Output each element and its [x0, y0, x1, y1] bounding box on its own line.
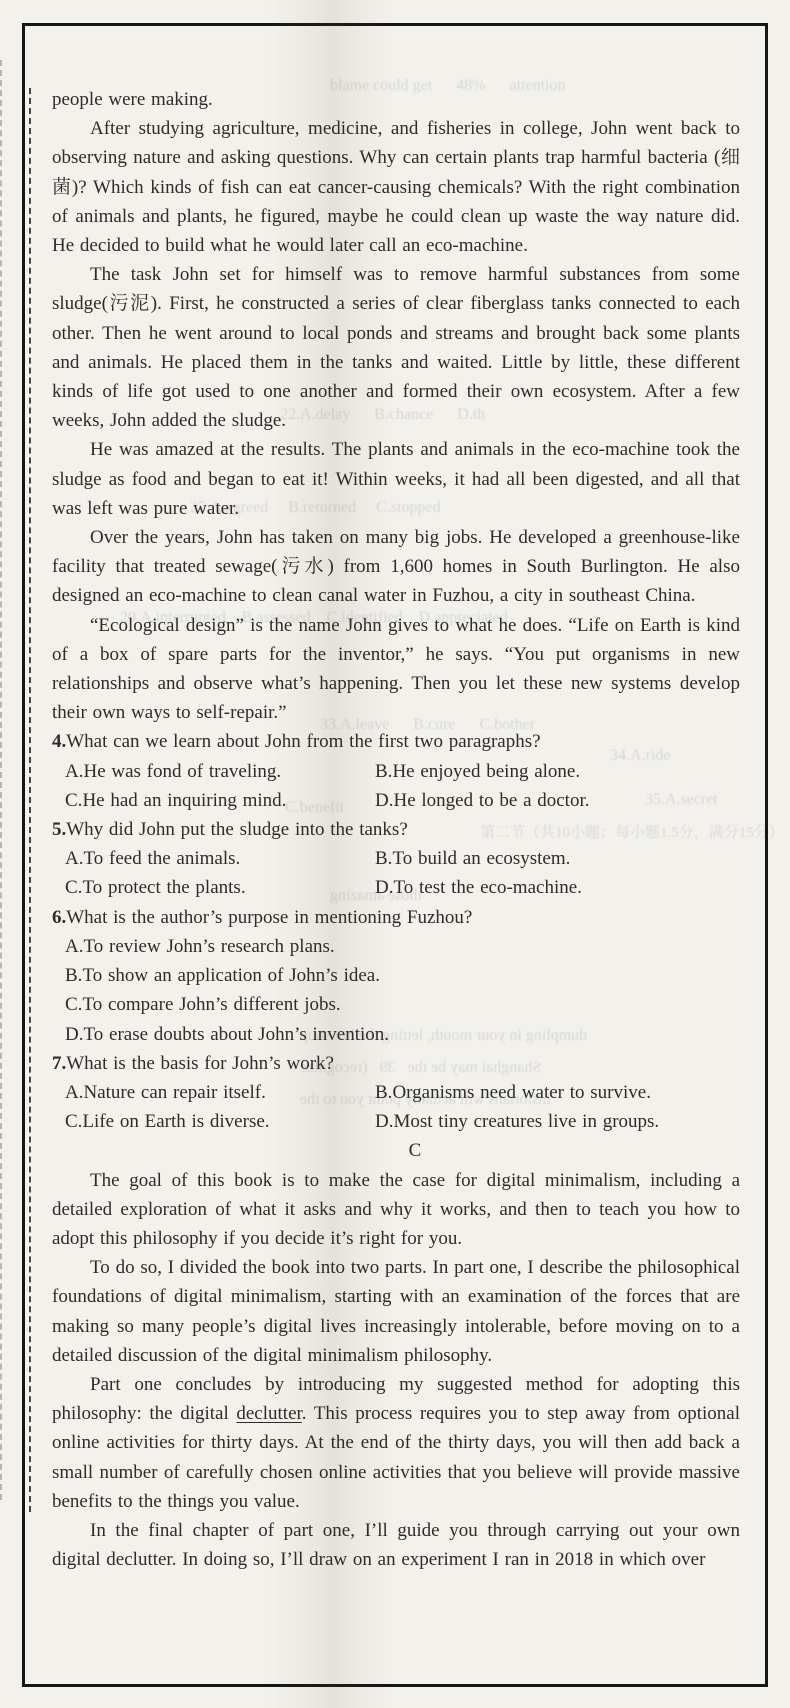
question-7: 7.What is the basis for John’s work?: [52, 1049, 740, 1078]
option-a: A.He was fond of traveling.: [65, 757, 375, 786]
section-c-paragraph: The goal of this book is to make the cas…: [52, 1166, 740, 1254]
option-c: C.To compare John’s different jobs.: [52, 990, 740, 1019]
passage-partial-line: people were making.: [52, 85, 740, 114]
question-5: 5.Why did John put the sludge into the t…: [52, 815, 740, 844]
section-c-paragraph: In the final chapter of part one, I’ll g…: [52, 1516, 740, 1574]
question-7-options-row: A.Nature can repair itself. B.Organisms …: [52, 1078, 740, 1107]
option-b: B.To show an application of John’s idea.: [52, 961, 740, 990]
option-d: D.To test the eco-machine.: [375, 873, 740, 902]
passage-paragraph: After studying agriculture, medicine, an…: [52, 114, 740, 260]
scanned-exam-page: blame could get 48% attention 22.A.delay…: [0, 0, 790, 1708]
page-content: people were making. After studying agric…: [52, 85, 740, 1574]
option-b: B.Organisms need water to survive.: [375, 1078, 740, 1107]
option-b: B.He enjoyed being alone.: [375, 757, 740, 786]
passage-paragraph: Over the years, John has taken on many b…: [52, 523, 740, 611]
option-a: A.To review John’s research plans.: [52, 932, 740, 961]
question-4-options-row: C.He had an inquiring mind. D.He longed …: [52, 786, 740, 815]
option-d: D.To erase doubts about John’s invention…: [52, 1020, 740, 1049]
question-text: What can we learn about John from the fi…: [66, 731, 540, 752]
option-a: A.Nature can repair itself.: [65, 1078, 375, 1107]
section-c-paragraph: Part one concludes by introducing my sug…: [52, 1370, 740, 1516]
section-c-paragraph: To do so, I divided the book into two pa…: [52, 1253, 740, 1370]
passage-paragraph: The task John set for himself was to rem…: [52, 260, 740, 435]
option-b: B.To build an ecosystem.: [375, 844, 740, 873]
question-7-options-row: C.Life on Earth is diverse. D.Most tiny …: [52, 1107, 740, 1136]
underlined-word-declutter: declutter: [236, 1403, 301, 1424]
option-c: C.He had an inquiring mind.: [65, 786, 375, 815]
question-number: 7.: [52, 1053, 66, 1074]
option-c: C.Life on Earth is diverse.: [65, 1107, 375, 1136]
binding-dashed-line: [29, 88, 31, 1512]
question-4-options-row: A.He was fond of traveling. B.He enjoyed…: [52, 757, 740, 786]
question-4: 4.What can we learn about John from the …: [52, 727, 740, 756]
question-6: 6.What is the author’s purpose in mentio…: [52, 903, 740, 932]
passage-paragraph: He was amazed at the results. The plants…: [52, 435, 740, 523]
section-c-heading: C: [52, 1136, 740, 1165]
option-a: A.To feed the animals.: [65, 844, 375, 873]
option-d: D.Most tiny creatures live in groups.: [375, 1107, 740, 1136]
question-5-options-row: C.To protect the plants. D.To test the e…: [52, 873, 740, 902]
question-5-options-row: A.To feed the animals. B.To build an eco…: [52, 844, 740, 873]
question-number: 6.: [52, 907, 66, 928]
question-number: 5.: [52, 819, 66, 840]
question-number: 4.: [52, 731, 66, 752]
question-text: Why did John put the sludge into the tan…: [66, 819, 408, 840]
question-text: What is the author’s purpose in mentioni…: [66, 907, 472, 928]
option-c: C.To protect the plants.: [65, 873, 375, 902]
option-d: D.He longed to be a doctor.: [375, 786, 740, 815]
question-text: What is the basis for John’s work?: [66, 1053, 334, 1074]
left-edge-dashed-line: [0, 60, 2, 1500]
passage-paragraph: “Ecological design” is the name John giv…: [52, 611, 740, 728]
